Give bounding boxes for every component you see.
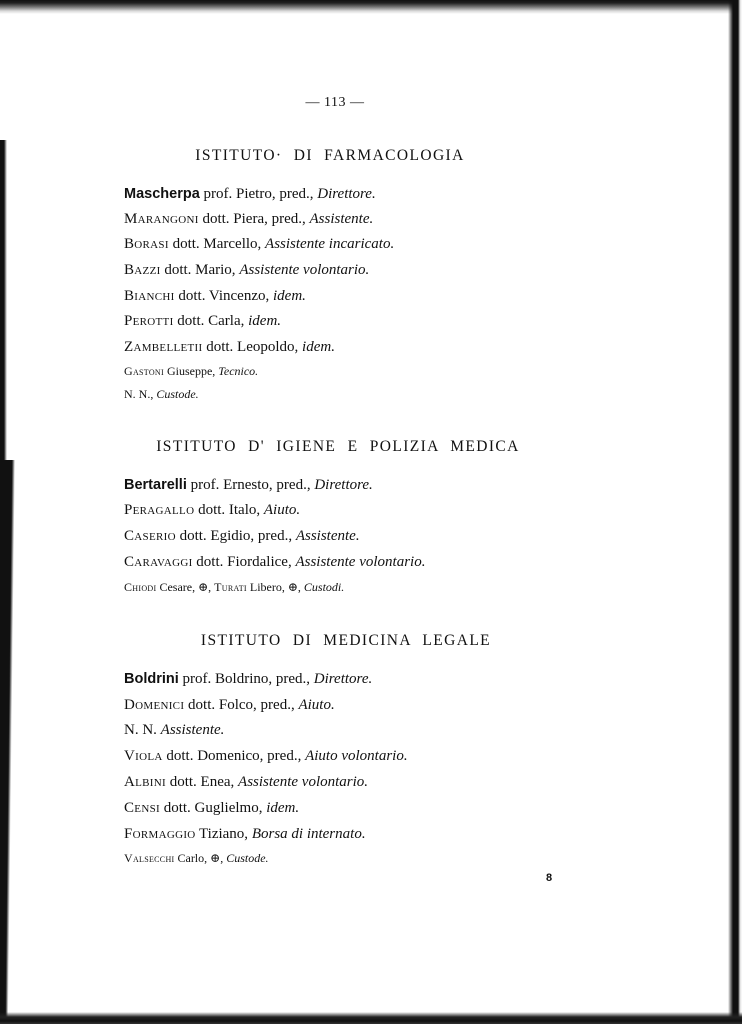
scan-edge-right — [728, 0, 742, 1024]
staff-entry: Boldrini prof. Boldrino, pred., Direttor… — [124, 671, 372, 688]
scanned-page: — 113 — ISTITUTO· DI FARMACOLOGIA Masche… — [0, 0, 742, 1024]
surname: N. N. — [124, 722, 157, 738]
entry-details: dott. Mario, — [161, 262, 240, 278]
staff-entry: Chiodi Cesare, ⊕, Turati Libero, ⊕, Cust… — [124, 580, 344, 595]
entry-details: Giuseppe, — [164, 364, 218, 378]
surname: Peragallo — [124, 502, 194, 518]
staff-entry: N. N. Assistente. — [124, 722, 224, 739]
role: idem. — [248, 313, 281, 329]
scan-edge-left-lower — [0, 460, 15, 1024]
staff-entry: Mascherpa prof. Pietro, pred., Direttore… — [124, 186, 376, 203]
entry-details: dott. Folco, pred., — [184, 697, 298, 713]
role: idem. — [273, 288, 306, 304]
role: idem. — [302, 339, 335, 355]
staff-entry: Borasi dott. Marcello, Assistente incari… — [124, 236, 394, 253]
role: Assistente. — [296, 528, 360, 544]
entry-details: dott. Vincenzo, — [175, 288, 273, 304]
staff-entry: Valsecchi Carlo, ⊕, Custode. — [124, 851, 269, 866]
entry-details: dott. Egidio, pred., — [176, 528, 296, 544]
entry-details: Cesare, ⊕, — [156, 580, 214, 594]
staff-entry: Gastoni Giuseppe, Tecnico. — [124, 364, 258, 379]
entry-details: dott. Italo, — [194, 502, 264, 518]
staff-entry: N. N., Custode. — [124, 387, 199, 402]
role: Assistente volontario. — [239, 262, 369, 278]
staff-entry: Viola dott. Domenico, pred., Aiuto volon… — [124, 748, 408, 765]
staff-entry: Perotti dott. Carla, idem. — [124, 313, 281, 330]
section-title-farmacologia: ISTITUTO· DI FARMACOLOGIA — [0, 147, 660, 165]
entry-details: dott. Fiordalice, — [193, 554, 296, 570]
entry-details: dott. Domenico, pred., — [163, 748, 305, 764]
surname: Valsecchi — [124, 851, 174, 865]
surname: Censi — [124, 800, 160, 816]
staff-entry: Marangoni dott. Piera, pred., Assistente… — [124, 211, 373, 228]
role: Aiuto. — [298, 697, 334, 713]
entry-details: dott. Piera, pred., — [199, 211, 310, 227]
staff-entry: Bertarelli prof. Ernesto, pred., Diretto… — [124, 477, 373, 494]
surname: Bianchi — [124, 288, 175, 304]
page-number: — 113 — — [0, 95, 670, 111]
surname: Gastoni — [124, 364, 164, 378]
surname: Viola — [124, 748, 163, 764]
surname: Formaggio — [124, 826, 196, 842]
role: Tecnico. — [218, 364, 258, 378]
staff-entry: Caravaggi dott. Fiordalice, Assistente v… — [124, 554, 425, 571]
surname: Caserio — [124, 528, 176, 544]
surname: Borasi — [124, 236, 169, 252]
staff-entry: Albini dott. Enea, Assistente volontario… — [124, 774, 368, 791]
surname: Marangoni — [124, 211, 199, 227]
surname-2: Turati — [214, 580, 247, 594]
entry-details: prof. Boldrino, pred., — [179, 671, 314, 687]
staff-entry: Peragallo dott. Italo, Aiuto. — [124, 502, 300, 519]
staff-entry: Censi dott. Guglielmo, idem. — [124, 800, 299, 817]
surname: N. N., — [124, 387, 153, 401]
surname: Caravaggi — [124, 554, 193, 570]
entry-details: Carlo, ⊕, — [174, 851, 226, 865]
role: Direttore. — [314, 477, 372, 493]
role: Custode. — [226, 851, 268, 865]
section-title-medicina-legale: ISTITUTO DI MEDICINA LEGALE — [16, 632, 676, 650]
scan-edge-top — [0, 0, 742, 14]
role: Borsa di internato. — [252, 826, 366, 842]
section-title-igiene: ISTITUTO D' IGIENE E POLIZIA MEDICA — [8, 438, 668, 456]
staff-entry: Formaggio Tiziano, Borsa di internato. — [124, 826, 366, 843]
entry-details: Tiziano, — [196, 826, 252, 842]
entry-details-2: Libero, ⊕, — [247, 580, 304, 594]
role: Assistente incaricato. — [265, 236, 394, 252]
role: Custode. — [156, 387, 198, 401]
role: Assistente. — [161, 722, 225, 738]
role: Assistente volontario. — [238, 774, 368, 790]
surname: Perotti — [124, 313, 174, 329]
surname: Chiodi — [124, 580, 156, 594]
scan-edge-bottom — [0, 1012, 742, 1024]
role: Assistente. — [310, 211, 374, 227]
role: Assistente volontario. — [295, 554, 425, 570]
entry-details: prof. Ernesto, pred., — [187, 477, 314, 493]
signature-mark: 8 — [546, 872, 552, 884]
staff-entry: Bianchi dott. Vincenzo, idem. — [124, 288, 306, 305]
surname: Bertarelli — [124, 477, 187, 493]
surname: Mascherpa — [124, 186, 200, 202]
surname: Albini — [124, 774, 166, 790]
role: Direttore. — [317, 186, 375, 202]
role: idem. — [266, 800, 299, 816]
surname: Domenici — [124, 697, 184, 713]
staff-entry: Domenici dott. Folco, pred., Aiuto. — [124, 697, 335, 714]
entry-details: dott. Marcello, — [169, 236, 265, 252]
entry-details: dott. Enea, — [166, 774, 238, 790]
surname: Boldrini — [124, 671, 179, 687]
surname: Bazzi — [124, 262, 161, 278]
entry-details: dott. Carla, — [174, 313, 249, 329]
staff-entry: Bazzi dott. Mario, Assistente volontario… — [124, 262, 369, 279]
staff-entry: Zambelletii dott. Leopoldo, idem. — [124, 339, 335, 356]
role: Custodi. — [304, 580, 344, 594]
entry-details: prof. Pietro, pred., — [200, 186, 317, 202]
entry-details: dott. Guglielmo, — [160, 800, 266, 816]
surname: Zambelletii — [124, 339, 202, 355]
role: Direttore. — [314, 671, 372, 687]
entry-details: dott. Leopoldo, — [202, 339, 302, 355]
staff-entry: Caserio dott. Egidio, pred., Assistente. — [124, 528, 360, 545]
role: Aiuto. — [264, 502, 300, 518]
role: Aiuto volontario. — [305, 748, 408, 764]
